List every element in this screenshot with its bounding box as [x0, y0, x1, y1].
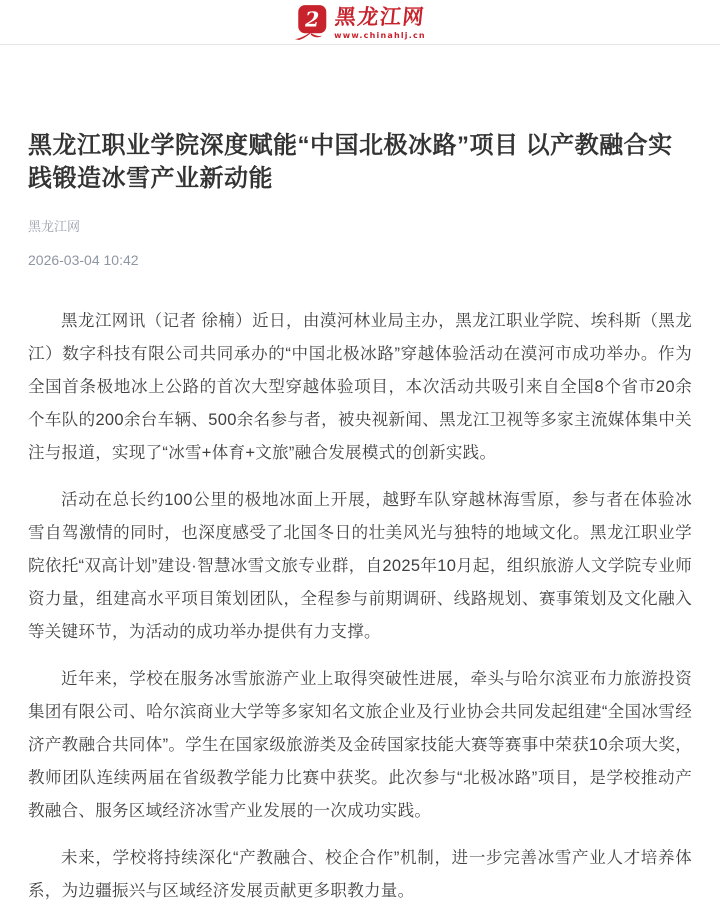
site-name: 黑龙江网	[334, 6, 426, 28]
site-header: 2 黑龙江网 www.chinahlj.cn	[0, 0, 720, 45]
article-container: 黑龙江职业学院深度赋能“中国北极冰路”项目 以产教融合实践锻造冰雪产业新动能 黑…	[0, 129, 720, 918]
article-title: 黑龙江职业学院深度赋能“中国北极冰路”项目 以产教融合实践锻造冰雪产业新动能	[28, 129, 692, 195]
article-paragraph-3: 近年来，学校在服务冰雪旅游产业上取得突破性进展，牵头与哈尔滨亚布力旅游投资集团有…	[28, 663, 692, 828]
article-source: 黑龙江网	[28, 216, 692, 235]
dragon-2-logo-icon: 2	[294, 4, 328, 42]
article-body: 黑龙江网讯（记者 徐楠）近日，由漠河林业局主办，黑龙江职业学院、埃科斯（黑龙江）…	[28, 305, 692, 908]
svg-text:2: 2	[304, 7, 319, 31]
article-publish-time: 2026-03-04 10:42	[28, 252, 692, 268]
site-logo[interactable]: 2 黑龙江网 www.chinahlj.cn	[294, 2, 426, 42]
article-paragraph-4: 未来，学校将持续深化“产教融合、校企合作”机制，进一步完善冰雪产业人才培养体系，…	[28, 842, 692, 908]
article-paragraph-2: 活动在总长约100公里的极地冰面上开展，越野车队穿越林海雪原，参与者在体验冰雪自…	[28, 484, 692, 649]
site-logo-text: 黑龙江网 www.chinahlj.cn	[334, 6, 426, 40]
article-paragraph-1: 黑龙江网讯（记者 徐楠）近日，由漠河林业局主办，黑龙江职业学院、埃科斯（黑龙江）…	[28, 305, 692, 470]
site-url: www.chinahlj.cn	[334, 31, 426, 40]
